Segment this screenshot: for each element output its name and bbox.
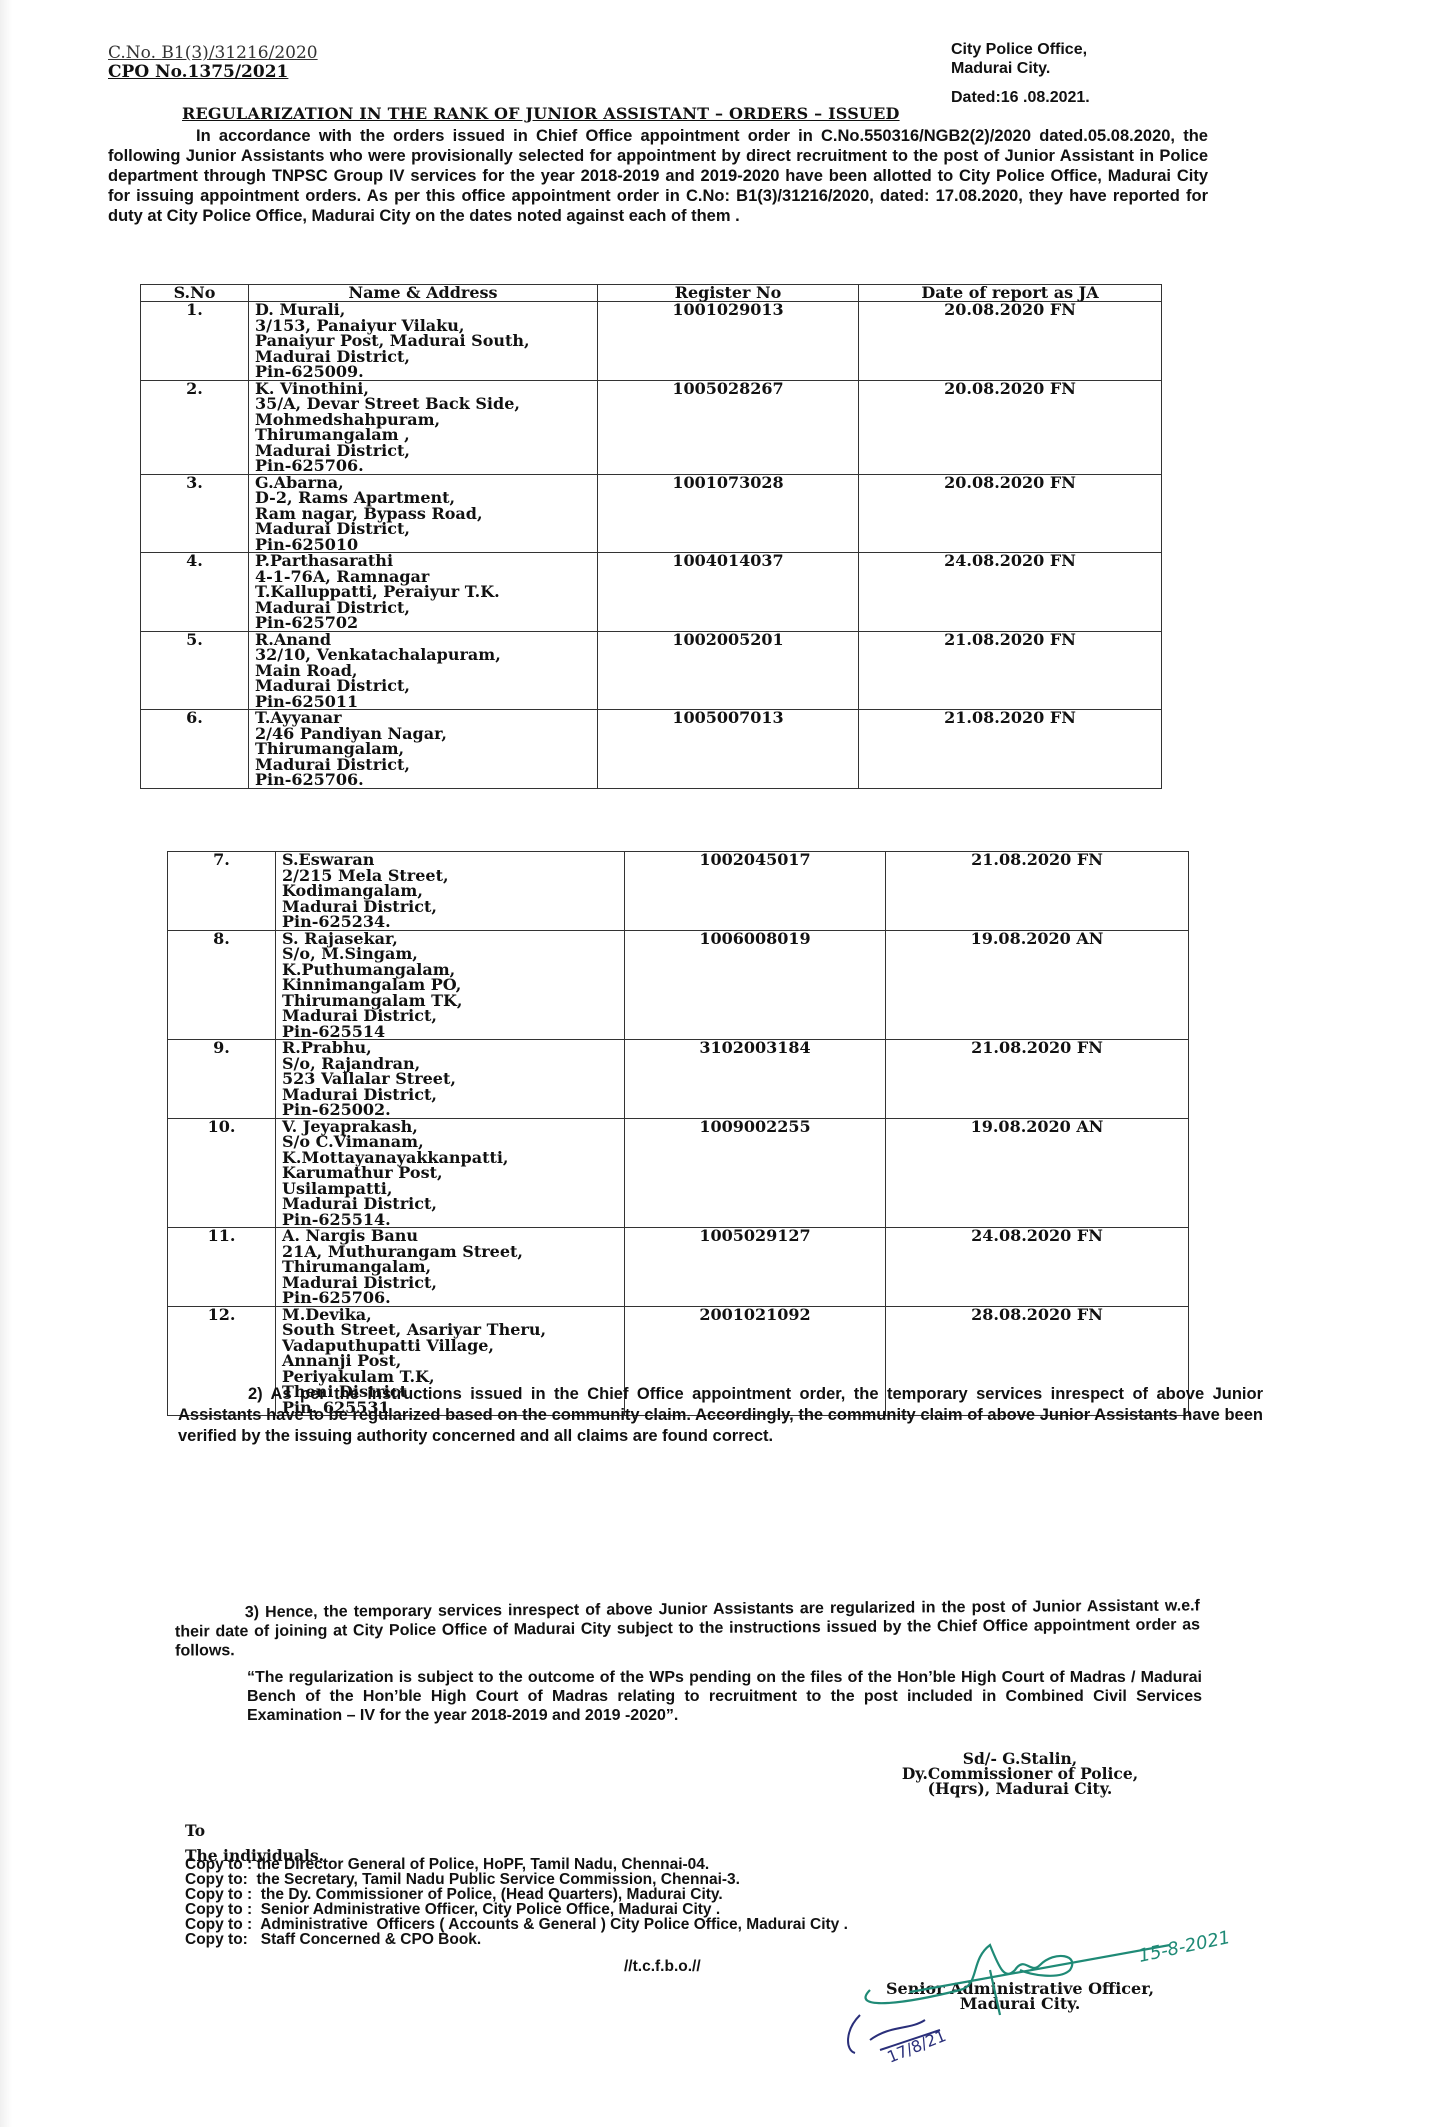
paragraph-3: 3) Hence, the temporary services inrespe… bbox=[175, 1596, 1200, 1660]
cell-sno: 2. bbox=[141, 380, 249, 474]
cell-date-of-report: 19.08.2020 AN bbox=[886, 1118, 1189, 1228]
header-register-no: Register No bbox=[598, 285, 859, 302]
table-row: 2.K. Vinothini,35/A, Devar Street Back S… bbox=[141, 380, 1162, 474]
blue-initial-icon: 17/8/21 bbox=[830, 1995, 1030, 2075]
signatory-office: (Hqrs), Madurai City. bbox=[855, 1781, 1185, 1796]
table-row: 10.V. Jeyaprakash,S/o C.Vimanam,K.Mottay… bbox=[168, 1118, 1189, 1228]
table-header-row: S.No Name & Address Register No Date of … bbox=[141, 285, 1162, 302]
signatory-block: Sd/- G.Stalin, Dy.Commissioner of Police… bbox=[855, 1751, 1185, 1796]
cell-name-address: R.Anand32/10, Venkatachalapuram,Main Roa… bbox=[249, 631, 598, 710]
copy-to-item: Copy to : the Dy. Commissioner of Police… bbox=[185, 1887, 848, 1902]
copy-to-list: Copy to : the Director General of Police… bbox=[185, 1857, 848, 1947]
cell-name-address: T.Ayyanar2/46 Pandiyan Nagar,Thirumangal… bbox=[249, 710, 598, 789]
table-row: 9.R.Prabhu,S/o, Rajandran,523 Vallalar S… bbox=[168, 1040, 1189, 1119]
address-line: Pin-625706. bbox=[255, 772, 591, 788]
document-title: REGULARIZATION IN THE RANK OF JUNIOR ASS… bbox=[182, 104, 1162, 123]
cell-register-no: 1009002255 bbox=[625, 1118, 886, 1228]
cell-register-no: 1005007013 bbox=[598, 710, 859, 789]
cell-name-address: K. Vinothini,35/A, Devar Street Back Sid… bbox=[249, 380, 598, 474]
appointees-table-part-2: 7.S.Eswaran2/215 Mela Street,Kodimangala… bbox=[167, 851, 1189, 1416]
paragraph-2: 2) As per the instructions issued in the… bbox=[178, 1384, 1263, 1447]
cell-sno: 7. bbox=[168, 852, 276, 931]
appointees-table-part-1: S.No Name & Address Register No Date of … bbox=[140, 284, 1162, 789]
cell-date-of-report: 21.08.2020 FN bbox=[859, 710, 1162, 789]
office-line-2: Madurai City. bbox=[951, 59, 1090, 78]
paragraph-3-text: 3) Hence, the temporary services inrespe… bbox=[175, 1596, 1200, 1660]
cell-sno: 5. bbox=[141, 631, 249, 710]
table-row: 3.G.Abarna,D-2, Rams Apartment,Ram nagar… bbox=[141, 474, 1162, 553]
table-body-part-1: 1.D. Murali,3/153, Panaiyur Vilaku,Panai… bbox=[141, 302, 1162, 789]
cell-date-of-report: 21.08.2020 FN bbox=[859, 631, 1162, 710]
cell-register-no: 1006008019 bbox=[625, 930, 886, 1040]
cell-name-address: V. Jeyaprakash,S/o C.Vimanam,K.Mottayana… bbox=[276, 1118, 625, 1228]
table-row: 8.S. Rajasekar,S/o, M.Singam,K.Puthumang… bbox=[168, 930, 1189, 1040]
cell-date-of-report: 21.08.2020 FN bbox=[886, 852, 1189, 931]
cell-register-no: 1002045017 bbox=[625, 852, 886, 931]
address-line: Pin-625706. bbox=[282, 1290, 618, 1306]
table-row: 7.S.Eswaran2/215 Mela Street,Kodimangala… bbox=[168, 852, 1189, 931]
address-line: Pin-625234. bbox=[282, 914, 618, 930]
cell-sno: 6. bbox=[141, 710, 249, 789]
cell-register-no: 3102003184 bbox=[625, 1040, 886, 1119]
cell-register-no: 1004014037 bbox=[598, 553, 859, 632]
cell-register-no: 1002005201 bbox=[598, 631, 859, 710]
to-label: To bbox=[185, 1823, 324, 1838]
address-line: Pin-625002. bbox=[282, 1102, 618, 1118]
cell-register-no: 1001029013 bbox=[598, 302, 859, 381]
cell-name-address: P.Parthasarathi4-1-76A, RamnagarT.Kallup… bbox=[249, 553, 598, 632]
cell-name-address: S. Rajasekar,S/o, M.Singam,K.Puthumangal… bbox=[276, 930, 625, 1040]
paragraph-1-text: In accordance with the orders issued in … bbox=[108, 126, 1208, 226]
copy-to-item: Copy to : Senior Administrative Officer,… bbox=[185, 1902, 848, 1917]
cell-name-address: D. Murali,3/153, Panaiyur Vilaku,Panaiyu… bbox=[249, 302, 598, 381]
table-row: 4.P.Parthasarathi4-1-76A, RamnagarT.Kall… bbox=[141, 553, 1162, 632]
cell-register-no: 1001073028 bbox=[598, 474, 859, 553]
cell-date-of-report: 24.08.2020 FN bbox=[859, 553, 1162, 632]
table-row: 6.T.Ayyanar2/46 Pandiyan Nagar,Thirumang… bbox=[141, 710, 1162, 789]
cpo-number: CPO No.1375/2021 bbox=[108, 63, 318, 82]
cell-sno: 11. bbox=[168, 1228, 276, 1307]
svg-text:17/8/21: 17/8/21 bbox=[884, 2026, 948, 2067]
cell-date-of-report: 24.08.2020 FN bbox=[886, 1228, 1189, 1307]
copy-to-item: Copy to: Staff Concerned & CPO Book. bbox=[185, 1932, 848, 1947]
paragraph-1: In accordance with the orders issued in … bbox=[108, 126, 1208, 226]
cell-date-of-report: 20.08.2020 FN bbox=[859, 302, 1162, 381]
reference-block: C.No. B1(3)/31216/2020 CPO No.1375/2021 bbox=[108, 44, 318, 82]
header-date-of-report: Date of report as JA bbox=[859, 285, 1162, 302]
cell-date-of-report: 19.08.2020 AN bbox=[886, 930, 1189, 1040]
header-name-address: Name & Address bbox=[249, 285, 598, 302]
cell-sno: 4. bbox=[141, 553, 249, 632]
header-sno: S.No bbox=[141, 285, 249, 302]
address-line: Pin-625010 bbox=[255, 537, 591, 553]
address-line: Pin-625009. bbox=[255, 364, 591, 380]
cell-sno: 9. bbox=[168, 1040, 276, 1119]
office-address: City Police Office, Madurai City. Dated:… bbox=[951, 40, 1090, 107]
cell-sno: 3. bbox=[141, 474, 249, 553]
reference-number: C.No. B1(3)/31216/2020 bbox=[108, 44, 318, 63]
cell-sno: 8. bbox=[168, 930, 276, 1040]
cell-name-address: G.Abarna,D-2, Rams Apartment,Ram nagar, … bbox=[249, 474, 598, 553]
address-line: Pin-625706. bbox=[255, 458, 591, 474]
office-line-1: City Police Office, bbox=[951, 40, 1090, 59]
address-line: Pin-625011 bbox=[255, 694, 591, 710]
cell-date-of-report: 21.08.2020 FN bbox=[886, 1040, 1189, 1119]
cell-name-address: A. Nargis Banu21A, Muthurangam Street,Th… bbox=[276, 1228, 625, 1307]
cell-register-no: 1005029127 bbox=[625, 1228, 886, 1307]
regularization-quote: “The regularization is subject to the ou… bbox=[247, 1668, 1202, 1725]
table-row: 5.R.Anand32/10, Venkatachalapuram,Main R… bbox=[141, 631, 1162, 710]
cell-sno: 1. bbox=[141, 302, 249, 381]
tcfbo-mark: //t.c.f.b.o.// bbox=[624, 1958, 701, 1976]
paragraph-2-text: 2) As per the instructions issued in the… bbox=[178, 1384, 1263, 1447]
copy-to-item: Copy to : Administrative Officers ( Acco… bbox=[185, 1917, 848, 1932]
svg-text:15-8-2021: 15-8-2021 bbox=[1137, 1927, 1232, 1967]
address-line: Pin-625514. bbox=[282, 1212, 618, 1228]
table-row: 1.D. Murali,3/153, Panaiyur Vilaku,Panai… bbox=[141, 302, 1162, 381]
table-body-part-2: 7.S.Eswaran2/215 Mela Street,Kodimangala… bbox=[168, 852, 1189, 1416]
cell-register-no: 1005028267 bbox=[598, 380, 859, 474]
cell-date-of-report: 20.08.2020 FN bbox=[859, 380, 1162, 474]
cell-sno: 10. bbox=[168, 1118, 276, 1228]
cell-name-address: S.Eswaran2/215 Mela Street,Kodimangalam,… bbox=[276, 852, 625, 931]
address-line: Pin-625514 bbox=[282, 1024, 618, 1040]
address-line: Pin-625702 bbox=[255, 615, 591, 631]
table-row: 11.A. Nargis Banu21A, Muthurangam Street… bbox=[168, 1228, 1189, 1307]
copy-to-item: Copy to : the Director General of Police… bbox=[185, 1857, 848, 1872]
copy-to-item: Copy to: the Secretary, Tamil Nadu Publi… bbox=[185, 1872, 848, 1887]
cell-date-of-report: 20.08.2020 FN bbox=[859, 474, 1162, 553]
cell-name-address: R.Prabhu,S/o, Rajandran,523 Vallalar Str… bbox=[276, 1040, 625, 1119]
